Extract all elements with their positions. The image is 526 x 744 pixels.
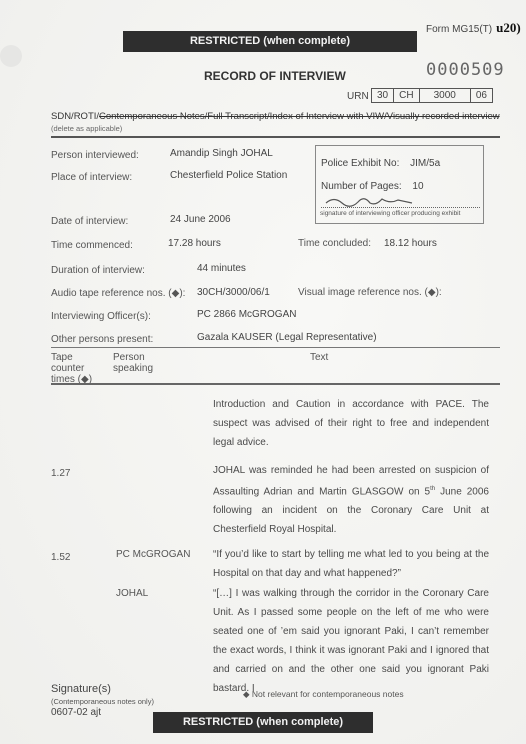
doc-type-kept: SDN/ROTI/	[51, 111, 99, 122]
date-value: 24 June 2006	[170, 214, 231, 225]
transcript-entry: Introduction and Caution in accordance w…	[213, 395, 489, 452]
doc-type-struck: Contemporaneous Notes/Full Transcript/In…	[99, 111, 500, 122]
urn-boxes: 30 CH 3000 06	[371, 88, 493, 103]
divider	[51, 136, 500, 138]
speaker: JOHAL	[116, 588, 148, 599]
tape-time: 1.52	[51, 552, 70, 563]
restricted-banner-bottom: RESTRICTED (when complete)	[153, 712, 373, 733]
time-commenced-label: Time commenced:	[51, 240, 133, 251]
signature-scribble	[324, 194, 414, 208]
signature-label: Signature(s)	[51, 683, 111, 695]
place-value: Chesterfield Police Station	[170, 170, 287, 181]
form-number: Form MG15(T)	[426, 24, 492, 35]
form-code: 0607-02 ajt	[51, 707, 101, 718]
person-interviewed-value: Amandip Singh JOHAL	[170, 148, 273, 159]
urn-label: URN	[347, 91, 369, 102]
exhibit-row: Police Exhibit No: JIM/5a	[321, 158, 440, 169]
time-concluded-value: 18.12 hours	[384, 238, 437, 249]
exhibit-box: Police Exhibit No: JIM/5a Number of Page…	[315, 145, 484, 224]
audio-ref-label: Audio tape reference nos. (◆):	[51, 288, 185, 299]
footnote: ◆ Not relevant for contemporaneous notes	[243, 689, 404, 700]
urn-year: 06	[471, 89, 492, 102]
person-interviewed-label: Person interviewed:	[51, 150, 139, 161]
divider	[51, 347, 500, 348]
place-label: Place of interview:	[51, 172, 132, 183]
tape-time: 1.27	[51, 468, 70, 479]
document-type: SDN/ROTI/Contemporaneous Notes/Full Tran…	[51, 111, 500, 122]
urn-station: CH	[394, 89, 419, 102]
exhibit-label: Police Exhibit No:	[321, 158, 399, 169]
others-label: Other persons present:	[51, 334, 153, 345]
visual-ref-label: Visual image reference nos. (◆):	[298, 287, 442, 298]
signature-caption: signature of interviewing officer produc…	[320, 210, 460, 217]
time-commenced-value: 17.28 hours	[168, 238, 221, 249]
urn-force: 30	[372, 89, 394, 102]
delete-note: (delete as applicable)	[51, 124, 122, 133]
interview-record-page: Form MG15(T)u20) RESTRICTED (when comple…	[0, 0, 526, 744]
page-title: RECORD OF INTERVIEW	[204, 69, 346, 83]
pages-value: 10	[412, 181, 423, 192]
serial-number: 0000509	[426, 60, 505, 80]
pages-row: Number of Pages: 10	[321, 181, 424, 192]
paper-smudge	[0, 45, 22, 67]
time-concluded-label: Time concluded:	[298, 238, 371, 249]
header-person-speaking: Person speaking	[113, 352, 163, 374]
duration-value: 44 minutes	[197, 263, 246, 274]
audio-ref-value: 30CH/3000/06/1	[197, 287, 270, 298]
others-value: Gazala KAUSER (Legal Representative)	[197, 332, 377, 343]
pages-label: Number of Pages:	[321, 181, 402, 192]
speaker: PC McGROGAN	[116, 549, 190, 560]
restricted-banner-top: RESTRICTED (when complete)	[123, 31, 417, 52]
exhibit-value: JIM/5a	[410, 158, 440, 169]
duration-label: Duration of interview:	[51, 265, 145, 276]
date-label: Date of interview:	[51, 216, 128, 227]
signature-line	[321, 207, 480, 208]
transcript-entry: JOHAL was reminded he had been arrested …	[213, 461, 489, 539]
officer-label: Interviewing Officer(s):	[51, 311, 151, 322]
transcript-entry: “If you’d like to start by telling me wh…	[213, 545, 489, 583]
signature-sub: (Contemporaneous notes only)	[51, 697, 154, 706]
officer-value: PC 2866 McGROGAN	[197, 309, 296, 320]
transcript-entry: “[…] I was walking through the corridor …	[213, 584, 489, 698]
header-tape-counter: Tape counter times (◆)	[51, 352, 101, 385]
form-id: Form MG15(T)u20)	[426, 20, 521, 36]
header-text: Text	[310, 352, 328, 363]
form-suffix: u20)	[496, 20, 521, 35]
divider	[51, 383, 500, 385]
urn-number: 3000	[420, 89, 471, 102]
